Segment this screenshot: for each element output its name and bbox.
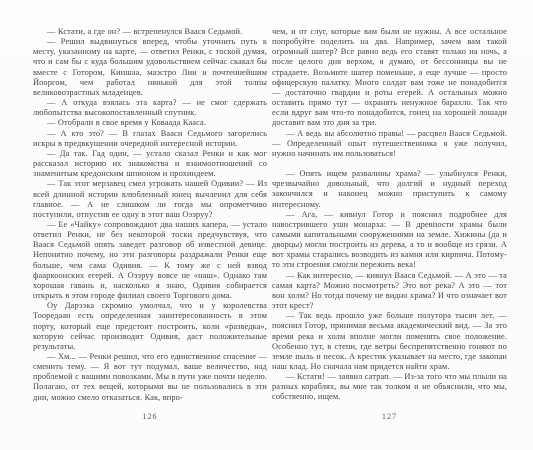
paragraph: — Отобрали в свое время у Коваада Кааса. [33,118,267,128]
paragraph: — А ведь вы абсолютно правы! — расцвел В… [272,129,507,159]
paragraph: — Хм... — Ренки решил, что его единствен… [33,352,267,403]
paragraph: — Кстати, а где он? — встрепенулся Ваася… [33,27,267,37]
paragraph: — А откуда взялась эта карта? — не смог … [33,98,267,118]
left-page-number: 126 [33,412,267,421]
paragraph: — Кстати! — заявил сатрап. — Из-за того … [272,372,507,402]
right-page: чем, и от слуг, которые вам были не нужн… [272,27,507,421]
paragraph: — Ее «Чайку» сопровождают два наших капе… [33,220,267,301]
right-page-text: чем, и от слуг, которые вам были не нужн… [272,27,507,403]
paragraph: — А кто это? — В глазах Вааси Седьмого з… [33,129,267,149]
paragraph: — Так ведь прошло уже больше полутора ты… [272,311,507,372]
paragraph: — Так этот мерзавец смел угрожать нашей … [33,179,267,220]
left-page-text: — Кстати, а где он? — встрепенулся Ваася… [33,27,267,403]
left-page: — Кстати, а где он? — встрепенулся Ваася… [33,27,267,421]
right-page-number: 127 [272,412,507,421]
paragraph: — Решил выдвинуться вперед, чтобы уточни… [33,37,267,98]
paragraph: — Да так. Гад один, — устало сказал Ренк… [33,149,267,179]
paragraph: Оу Дарээка скромно умолчал, что и у коро… [33,301,267,352]
paragraph: — Ага, — кивнул Готор и пояснил подробне… [272,210,507,271]
book-photo: — Кстати, а где он? — встрепенулся Ваася… [0,0,533,450]
paragraph: чем, и от слуг, которые вам были не нужн… [272,27,507,129]
paragraph: — Как интересно, — кивнул Ваася Седьмой.… [272,271,507,312]
paragraph: — Опять ищем развалины храма? — улыбнулс… [272,169,507,210]
